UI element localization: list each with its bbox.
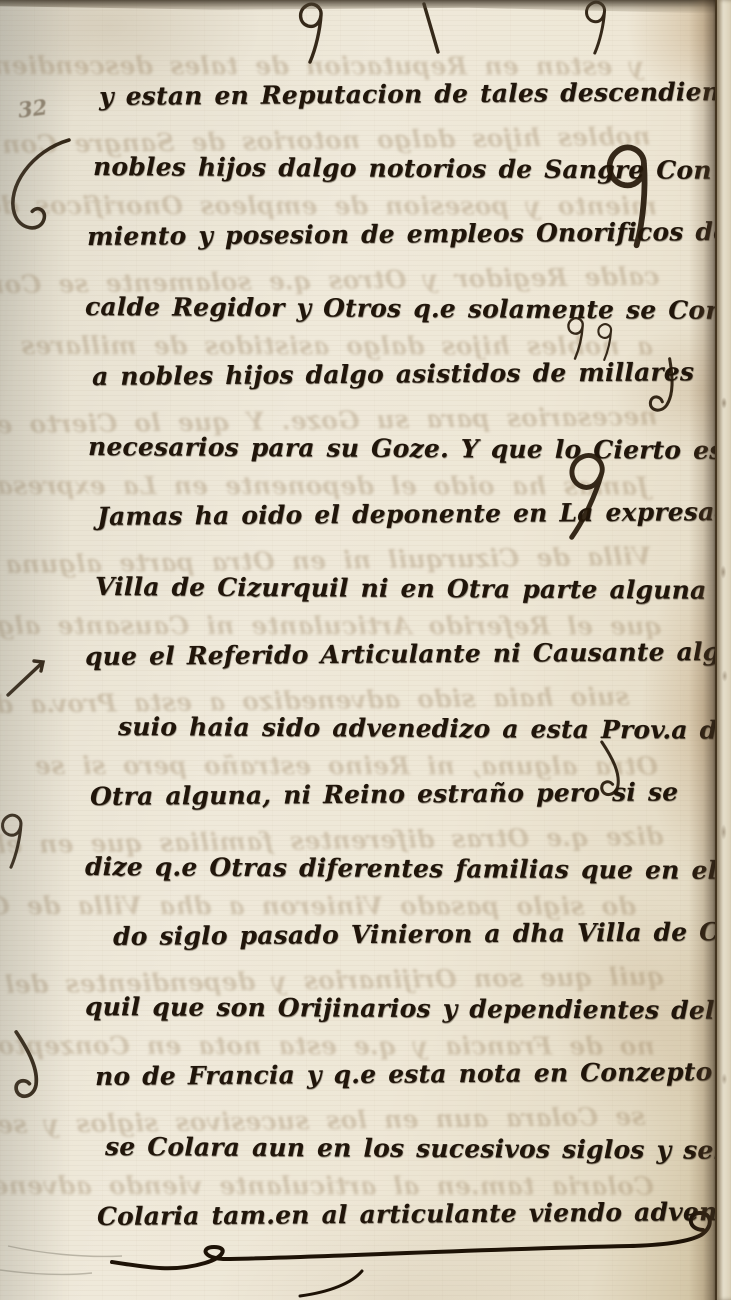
page-top-edge: [0, 0, 731, 14]
manuscript-line: Otra alguna, ni Reino estraño pero si se: [90, 757, 716, 832]
manuscript-line: suio haia sido advenedizo a esta Prov.a …: [118, 692, 715, 766]
manuscript-line: a nobles hijos dalgo asistidos de millar…: [92, 337, 716, 412]
folio-number: 32: [17, 94, 49, 122]
manuscript-line: no de Francia y q.e esta nota en Conzept…: [95, 1037, 716, 1112]
manuscript-line: calde Regidor y Otros q.e solamente se C…: [85, 272, 715, 346]
left-margin-arrow: [8, 661, 43, 695]
page-left-shade: [0, 0, 70, 1300]
manuscript-line: se Colara aun en los sucesivos siglos y …: [105, 1112, 715, 1186]
manuscript-text-block: y estan en Reputacion de tales descendie…: [85, 62, 715, 1252]
pencil-scratch-2: [0, 1270, 92, 1274]
manuscript-line: Villa de Cizurquil ni en Otra parte algu…: [95, 552, 715, 626]
left-margin-curl9: [3, 815, 21, 867]
left-margin-curl: [13, 140, 69, 228]
manuscript-line: y estan en Reputacion de tales descendie…: [99, 57, 716, 132]
bottom-hook-flourish: [300, 1271, 362, 1296]
adjacent-page-text-smudges: [717, 0, 731, 1300]
manuscript-line: necesarios para su Goze. Y que lo Cierto…: [88, 412, 715, 486]
manuscript-line: que el Referido Articulante ni Causante …: [85, 617, 716, 692]
manuscript-line: dize q.e Otras diferentes familias que e…: [85, 832, 715, 906]
adjacent-page-edge: [715, 0, 731, 1300]
left-margin-spiral: [16, 1032, 36, 1096]
top-flourish-left: [301, 4, 322, 62]
top-flourish-right: [587, 2, 605, 53]
manuscript-page: y estan en Reputacion de tales descendie…: [0, 0, 731, 1300]
top-flourish-slash: [424, 4, 438, 52]
manuscript-line: Jamas ha oido el deponente en La expresa…: [97, 477, 716, 552]
manuscript-line: do siglo pasado Vinieron a dha Villa de …: [113, 897, 716, 972]
manuscript-line: quil que son Orijinarios y dependientes …: [85, 972, 715, 1046]
manuscript-line: miento y posesion de empleos Onorificos …: [87, 197, 716, 272]
manuscript-line: nobles hijos dalgo notorios de Sangre Co…: [93, 132, 715, 206]
manuscript-line: Colaria tam.en al articulante viendo adv…: [97, 1177, 716, 1252]
